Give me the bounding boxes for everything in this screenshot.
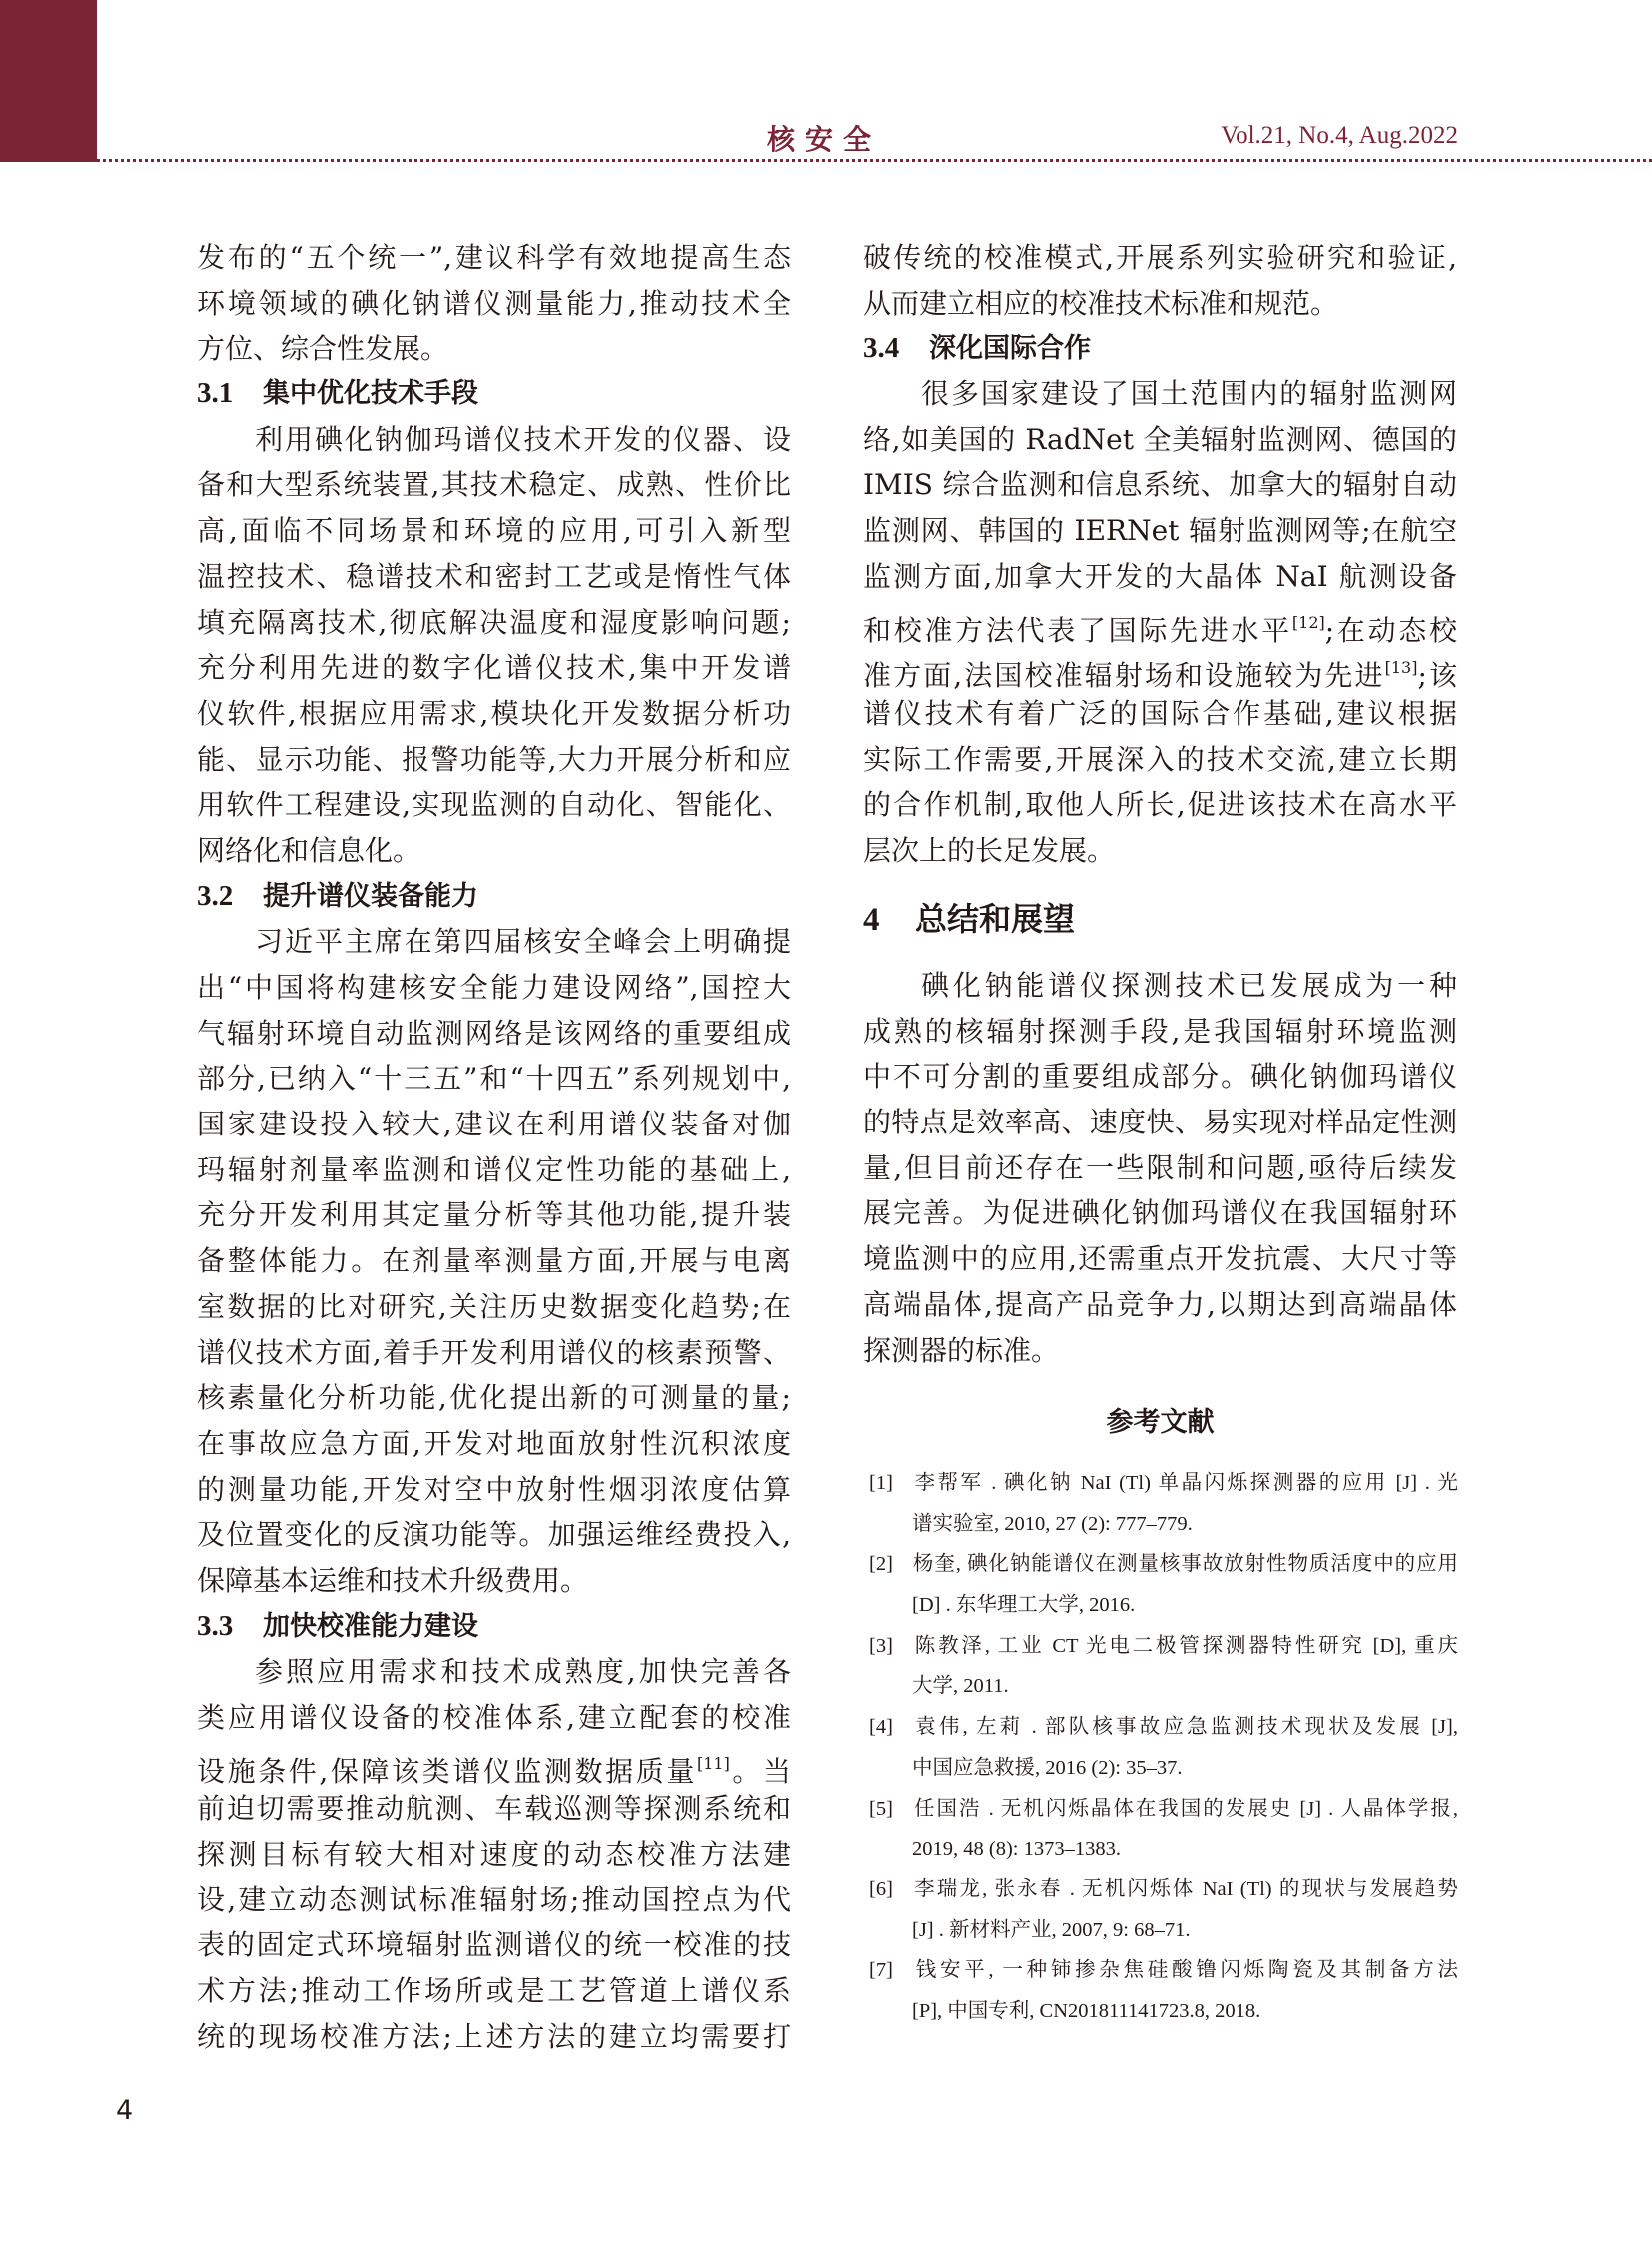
text-line: 利用碘化钠伽玛谱仪技术开发的仪器、设 bbox=[197, 417, 791, 463]
text-line: 从而建立相应的校准技术标准和规范。 bbox=[863, 281, 1457, 327]
reference-line: 2019, 48 (8): 1373–1383. bbox=[869, 1829, 1458, 1869]
reference-line: 中国应急救援, 2016 (2): 35–37. bbox=[869, 1748, 1458, 1789]
text-line: 参照应用需求和技术成熟度,加快完善各 bbox=[197, 1649, 791, 1695]
text-line: 谱仪技术方面,着手开发利用谱仪的核素预警、 bbox=[197, 1330, 791, 1376]
reference-text: 中国应急救援, 2016 (2): 35–37. bbox=[912, 1757, 1182, 1779]
text-line: 及位置变化的反演功能等。加强运维经费投入, bbox=[197, 1512, 791, 1558]
reference-text: 李瑞龙, 张永春 . 无机闪烁体 NaI (Tl) 的现状与发展趋势 bbox=[912, 1878, 1458, 1900]
reference-number: [2] bbox=[869, 1544, 912, 1585]
reference-text: 谱实验室, 2010, 27 (2): 777–779. bbox=[912, 1513, 1193, 1535]
text-line: 络,如美国的 RadNet 全美辐射监测网、德国的 bbox=[863, 417, 1457, 463]
reference-line: [J] . 新材料产业, 2007, 9: 68–71. bbox=[869, 1910, 1458, 1951]
text-line: 成熟的核辐射探测手段,是我国辐射环境监测 bbox=[863, 1009, 1457, 1055]
subsection-title: 提升谱仪装备能力 bbox=[263, 881, 478, 912]
journal-title: 核安全 bbox=[734, 118, 914, 158]
text-line: 和校准方法代表了国际先进水平[12];在动态校 bbox=[863, 600, 1457, 646]
text-line: 环境领域的碘化钠谱仪测量能力,推动技术全 bbox=[197, 281, 791, 327]
text-segment: 。当 bbox=[730, 1755, 791, 1788]
subsection-title: 集中优化技术手段 bbox=[263, 378, 478, 409]
reference-text: [D] . 东华理工大学, 2016. bbox=[912, 1594, 1135, 1616]
reference-text: 杨奎, 碘化钠能谱仪在测量核事故放射性物质活度中的应用 bbox=[912, 1553, 1458, 1575]
reference-text: [P], 中国专利, CN201811141723.8, 2018. bbox=[912, 2000, 1260, 2022]
subsection-title: 深化国际合作 bbox=[929, 333, 1091, 364]
reference-number: [7] bbox=[869, 1950, 912, 1991]
subsection-number: 3.3 bbox=[197, 1604, 263, 1650]
reference-text: 2019, 48 (8): 1373–1383. bbox=[912, 1838, 1121, 1860]
reference-item: [5]任国浩 . 无机闪烁晶体在我国的发展史 [J] . 人晶体学报,2019,… bbox=[869, 1789, 1458, 1869]
text-segment: ;在动态校 bbox=[1325, 614, 1457, 647]
text-line: 室数据的比对研究,关注历史数据变化趋势;在 bbox=[197, 1284, 791, 1330]
reference-number: [1] bbox=[869, 1463, 912, 1504]
reference-number: [5] bbox=[869, 1789, 912, 1830]
text-line: 前迫切需要推动航测、车载巡测等探测系统和 bbox=[197, 1786, 791, 1832]
subsection-number: 3.1 bbox=[197, 372, 263, 417]
reference-line: [D] . 东华理工大学, 2016. bbox=[869, 1585, 1458, 1626]
issue-info: Vol.21, No.4, Aug.2022 bbox=[1169, 122, 1458, 150]
text-line: 部分,已纳入“十三五”和“十四五”系列规划中, bbox=[197, 1056, 791, 1102]
reference-line: [7]钱安平, 一种铈掺杂焦硅酸镥闪烁陶瓷及其制备方法 bbox=[869, 1950, 1458, 1991]
reference-line: [5]任国浩 . 无机闪烁晶体在我国的发展史 [J] . 人晶体学报, bbox=[869, 1789, 1458, 1830]
text-line: 习近平主席在第四届核安全峰会上明确提 bbox=[197, 919, 791, 965]
text-line: 充分开发利用其定量分析等其他功能,提升装 bbox=[197, 1192, 791, 1238]
text-line: 核素量化分析功能,优化提出新的可测量的量; bbox=[197, 1375, 791, 1421]
text-line: 统的现场校准方法;上述方法的建立均需要打 bbox=[197, 2014, 791, 2060]
text-line: 实际工作需要,开展深入的技术交流,建立长期 bbox=[863, 737, 1457, 783]
text-line: 高端晶体,提高产品竞争力,以期达到高端晶体 bbox=[863, 1282, 1457, 1328]
reference-number: [3] bbox=[869, 1626, 912, 1667]
text-line: 备和大型系统装置,其技术稳定、成熟、性价比 bbox=[197, 462, 791, 508]
section-4-body: 碘化钠能谱仪探测技术已发展成为一种成熟的核辐射探测手段,是我国辐射环境监测中不可… bbox=[863, 963, 1457, 1373]
reference-text: 任国浩 . 无机闪烁晶体在我国的发展史 [J] . 人晶体学报, bbox=[912, 1798, 1458, 1820]
section-number: 4 bbox=[863, 898, 915, 942]
text-line: 准方面,法国校准辐射场和设施较为先进[13];该 bbox=[863, 645, 1457, 691]
references-title: 参考文献 bbox=[863, 1403, 1457, 1443]
text-line: 中不可分割的重要组成部分。碘化钠伽玛谱仪 bbox=[863, 1054, 1457, 1100]
text-line: 方位、综合性发展。 bbox=[197, 326, 791, 372]
text-line: 表的固定式环境辐射监测谱仪的统一校准的技 bbox=[197, 1922, 791, 1968]
section-4-heading: 4总结和展望 bbox=[863, 897, 1075, 942]
reference-item: [1]李帮军 . 碘化钠 NaI (Tl) 单晶闪烁探测器的应用 [J] . 光… bbox=[869, 1463, 1458, 1544]
reference-item: [7]钱安平, 一种铈掺杂焦硅酸镥闪烁陶瓷及其制备方法[P], 中国专利, CN… bbox=[869, 1950, 1458, 2031]
text-line: 破传统的校准模式,开展系列实验研究和验证, bbox=[863, 235, 1457, 281]
text-line: 探测目标有较大相对速度的动态校准方法建 bbox=[197, 1832, 791, 1877]
header-divider bbox=[97, 159, 1652, 162]
text-line: 术方法;推动工作场所或是工艺管道上谱仪系 bbox=[197, 1968, 791, 2014]
text-line: 在事故应急方面,开发对地面放射性沉积浓度 bbox=[197, 1421, 791, 1467]
text-line: 出“中国将构建核安全能力建设网络”,国控大 bbox=[197, 965, 791, 1011]
reference-text: 陈教泽, 工业 CT 光电二极管探测器特性研究 [D], 重庆 bbox=[912, 1635, 1458, 1657]
references-list: [1]李帮军 . 碘化钠 NaI (Tl) 单晶闪烁探测器的应用 [J] . 光… bbox=[869, 1463, 1458, 2032]
text-line: 网络化和信息化。 bbox=[197, 828, 791, 874]
reference-line: [6]李瑞龙, 张永春 . 无机闪烁体 NaI (Tl) 的现状与发展趋势 bbox=[869, 1869, 1458, 1910]
reference-item: [2]杨奎, 碘化钠能谱仪在测量核事故放射性物质活度中的应用[D] . 东华理工… bbox=[869, 1544, 1458, 1625]
reference-number: [6] bbox=[869, 1869, 912, 1910]
text-line: 监测网、韩国的 IERNet 辐射监测网等;在航空 bbox=[863, 508, 1457, 554]
citation-marker: [11] bbox=[697, 1754, 730, 1773]
text-line: 备整体能力。在剂量率测量方面,开展与电离 bbox=[197, 1238, 791, 1284]
reference-item: [3]陈教泽, 工业 CT 光电二极管探测器特性研究 [D], 重庆大学, 20… bbox=[869, 1626, 1458, 1707]
subsection-number: 3.2 bbox=[197, 874, 263, 920]
text-line: 保障基本运维和技术升级费用。 bbox=[197, 1558, 791, 1604]
header-color-block bbox=[0, 0, 97, 162]
subsection-heading: 3.2提升谱仪装备能力 bbox=[197, 874, 791, 920]
text-line: 仪软件,根据应用需求,模块化开发数据分析功 bbox=[197, 691, 791, 737]
text-line: 能、显示功能、报警功能等,大力开展分析和应 bbox=[197, 737, 791, 783]
reference-line: [4]袁伟, 左莉 . 部队核事故应急监测技术现状及发展 [J], bbox=[869, 1707, 1458, 1748]
text-segment: 设施条件,保障该类谱仪监测数据质量 bbox=[197, 1755, 697, 1788]
section-title: 总结和展望 bbox=[915, 900, 1075, 938]
subsection-heading: 3.1集中优化技术手段 bbox=[197, 372, 791, 417]
text-line: 国家建设投入较大,建议在利用谱仪装备对伽 bbox=[197, 1102, 791, 1147]
text-line: 设施条件,保障该类谱仪监测数据质量[11]。当 bbox=[197, 1741, 791, 1787]
reference-line: [3]陈教泽, 工业 CT 光电二极管探测器特性研究 [D], 重庆 bbox=[869, 1626, 1458, 1667]
text-line: IMIS 综合监测和信息系统、加拿大的辐射自动 bbox=[863, 462, 1457, 508]
text-line: 类应用谱仪设备的校准体系,建立配套的校准 bbox=[197, 1695, 791, 1741]
text-line: 量,但目前还存在一些限制和问题,亟待后续发 bbox=[863, 1145, 1457, 1191]
subsection-heading: 3.3加快校准能力建设 bbox=[197, 1604, 791, 1650]
text-line: 境监测中的应用,还需重点开发抗震、大尺寸等 bbox=[863, 1236, 1457, 1282]
text-line: 探测器的标准。 bbox=[863, 1328, 1457, 1374]
text-segment: 准方面,法国校准辐射场和设施较为先进 bbox=[863, 659, 1385, 692]
subsection-title: 加快校准能力建设 bbox=[263, 1611, 478, 1642]
right-column: 破传统的校准模式,开展系列实验研究和验证,从而建立相应的校准技术标准和规范。3.… bbox=[863, 235, 1457, 874]
citation-marker: [13] bbox=[1385, 658, 1418, 677]
text-line: 的测量功能,开发对空中放射性烟羽浓度估算 bbox=[197, 1467, 791, 1513]
text-line: 的特点是效率高、速度快、易实现对样品定性测 bbox=[863, 1100, 1457, 1145]
text-line: 设,建立动态测试标准辐射场;推动国控点为代 bbox=[197, 1877, 791, 1923]
reference-line: 大学, 2011. bbox=[869, 1666, 1458, 1707]
reference-line: [P], 中国专利, CN201811141723.8, 2018. bbox=[869, 1991, 1458, 2032]
reference-line: [1]李帮军 . 碘化钠 NaI (Tl) 单晶闪烁探测器的应用 [J] . 光 bbox=[869, 1463, 1458, 1504]
text-line: 温控技术、稳谱技术和密封工艺或是惰性气体 bbox=[197, 554, 791, 600]
text-line: 的合作机制,取他人所长,促进该技术在高水平 bbox=[863, 782, 1457, 828]
text-segment: ;该 bbox=[1417, 659, 1457, 692]
reference-text: 李帮军 . 碘化钠 NaI (Tl) 单晶闪烁探测器的应用 [J] . 光 bbox=[912, 1472, 1458, 1494]
text-line: 很多国家建设了国土范围内的辐射监测网 bbox=[863, 372, 1457, 417]
reference-line: 谱实验室, 2010, 27 (2): 777–779. bbox=[869, 1504, 1458, 1545]
reference-number: [4] bbox=[869, 1707, 912, 1748]
text-line: 发布的“五个统一”,建议科学有效地提高生态 bbox=[197, 235, 791, 281]
subsection-number: 3.4 bbox=[863, 326, 929, 372]
text-line: 高,面临不同场景和环境的应用,可引入新型 bbox=[197, 508, 791, 554]
text-line: 用软件工程建设,实现监测的自动化、智能化、 bbox=[197, 782, 791, 828]
text-line: 展完善。为促进碘化钠伽玛谱仪在我国辐射环 bbox=[863, 1190, 1457, 1236]
reference-item: [4]袁伟, 左莉 . 部队核事故应急监测技术现状及发展 [J],中国应急救援,… bbox=[869, 1707, 1458, 1788]
reference-text: 大学, 2011. bbox=[912, 1675, 1009, 1697]
text-line: 玛辐射剂量率监测和谱仪定性功能的基础上, bbox=[197, 1147, 791, 1193]
reference-line: [2]杨奎, 碘化钠能谱仪在测量核事故放射性物质活度中的应用 bbox=[869, 1544, 1458, 1585]
text-line: 谱仪技术有着广泛的国际合作基础,建议根据 bbox=[863, 691, 1457, 737]
reference-text: [J] . 新材料产业, 2007, 9: 68–71. bbox=[912, 1919, 1190, 1941]
left-column: 发布的“五个统一”,建议科学有效地提高生态环境领域的碘化钠谱仪测量能力,推动技术… bbox=[197, 235, 791, 2060]
reference-text: 袁伟, 左莉 . 部队核事故应急监测技术现状及发展 [J], bbox=[912, 1716, 1458, 1738]
text-line: 填充隔离技术,彻底解决温度和湿度影响问题; bbox=[197, 600, 791, 646]
text-line: 碘化钠能谱仪探测技术已发展成为一种 bbox=[863, 963, 1457, 1009]
text-line: 层次上的长足发展。 bbox=[863, 828, 1457, 874]
subsection-heading: 3.4深化国际合作 bbox=[863, 326, 1457, 372]
reference-text: 钱安平, 一种铈掺杂焦硅酸镥闪烁陶瓷及其制备方法 bbox=[912, 1959, 1458, 1981]
citation-marker: [12] bbox=[1292, 613, 1325, 632]
text-segment: 和校准方法代表了国际先进水平 bbox=[863, 614, 1292, 647]
text-line: 充分利用先进的数字化谱仪技术,集中开发谱 bbox=[197, 645, 791, 691]
page-number: 4 bbox=[116, 2095, 133, 2126]
text-line: 气辐射环境自动监测网络是该网络的重要组成 bbox=[197, 1011, 791, 1057]
reference-item: [6]李瑞龙, 张永春 . 无机闪烁体 NaI (Tl) 的现状与发展趋势[J]… bbox=[869, 1869, 1458, 1950]
text-line: 监测方面,加拿大开发的大晶体 NaI 航测设备 bbox=[863, 554, 1457, 600]
